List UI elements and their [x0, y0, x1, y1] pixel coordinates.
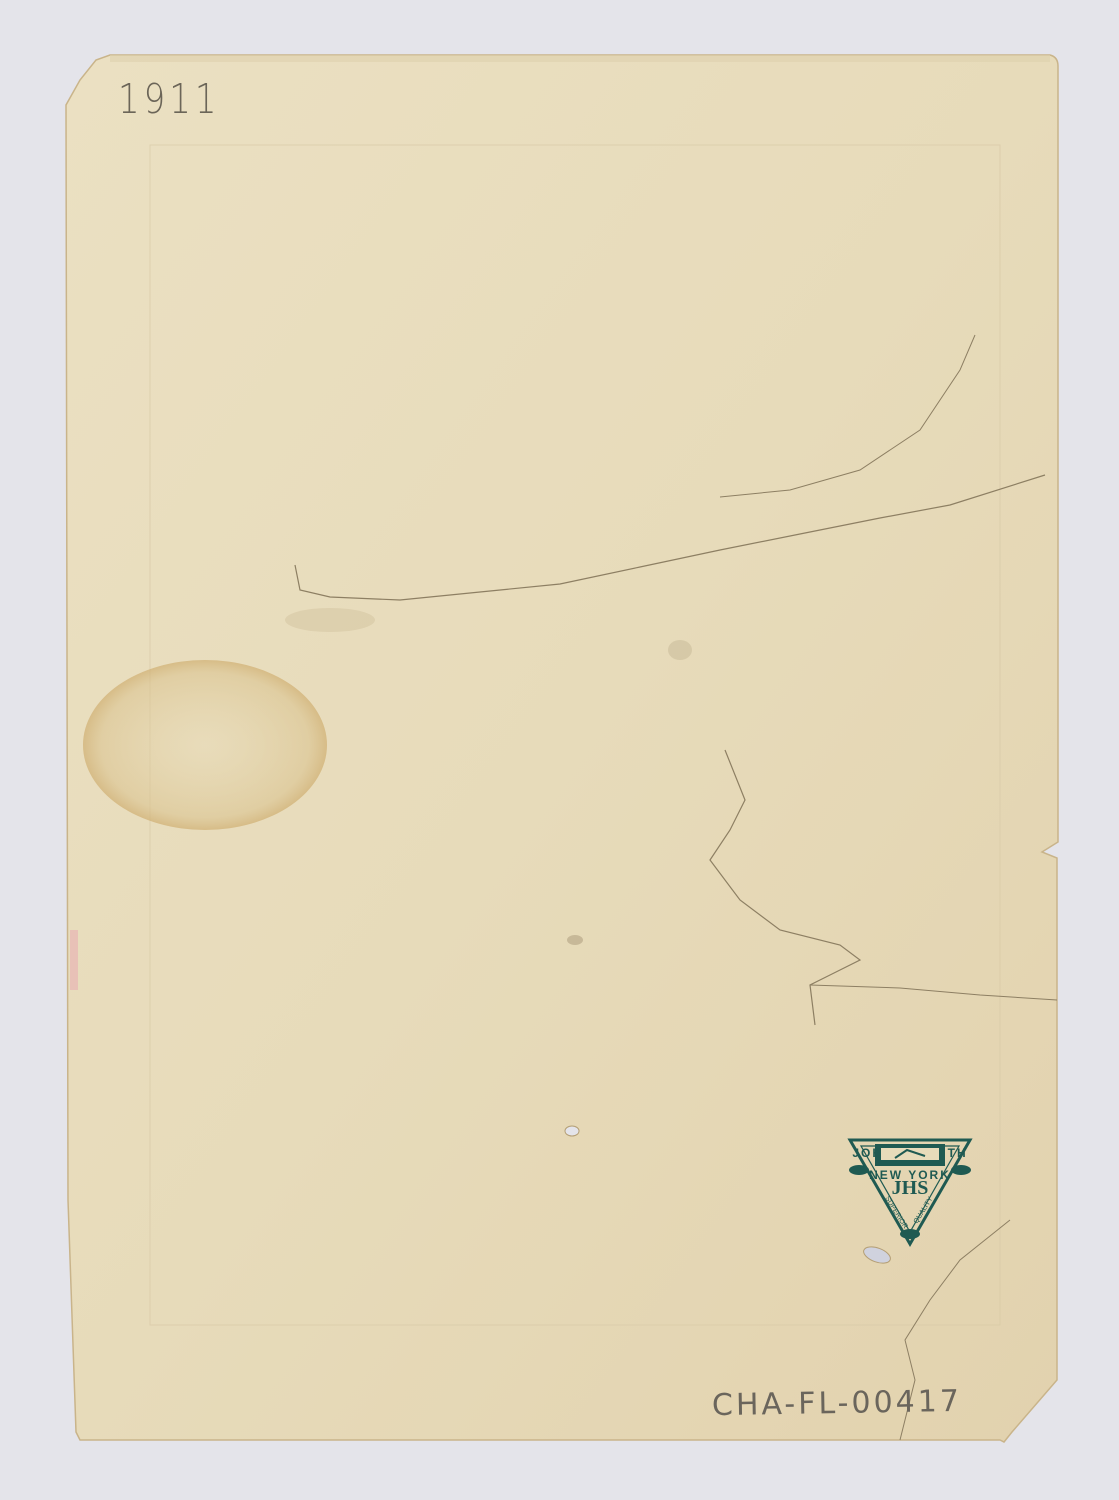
maker-stamp: JHS SUPERIOR QUALITY JOHN H. SMITH NEW Y…: [845, 1136, 975, 1186]
jhs-triangle-logo-icon: JHS SUPERIOR QUALITY: [845, 1136, 975, 1256]
paper-sheet: 1911 JHS SUPERIOR QUALITY JOHN H. SMITH …: [0, 0, 1119, 1500]
svg-text:SUPERIOR: SUPERIOR: [883, 1195, 908, 1230]
catalog-number: CHA-FL-00417: [712, 1384, 962, 1423]
handwritten-year: 1911: [118, 76, 221, 124]
paper-shape: [0, 0, 1119, 1500]
svg-text:JHS: JHS: [892, 1177, 929, 1199]
